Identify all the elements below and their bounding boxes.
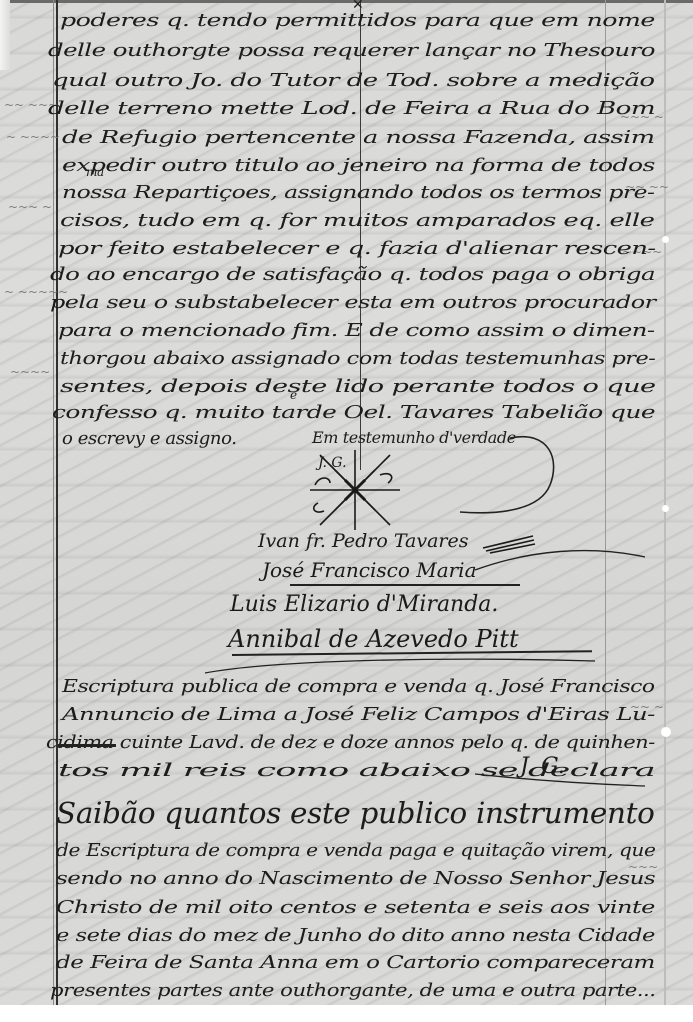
text-line: delle outhorgte possa requerer lançar no… (48, 40, 655, 61)
scan-bottom-margin (0, 1005, 693, 1022)
page-top-edge (0, 0, 693, 3)
deed-line: presentes partes ante outhorgante, de um… (50, 980, 656, 1001)
summary-line: Annuncio de Lima a José Feliz Campos d'E… (62, 704, 655, 725)
torn-corner (0, 0, 10, 70)
signature-paraph (478, 528, 538, 554)
text-line: confesso q. muito tarde Oel. Tavares Tab… (52, 402, 655, 423)
text-line: thorgou abaixo assignado com todas teste… (60, 348, 655, 369)
text-line: qual outro Jo. do Tutor de Tod. sobre a … (52, 70, 654, 91)
text-line: nossa Repartiçoes, assignando todos os t… (62, 182, 654, 203)
text-line: cisos, tudo em q. for muitos amparados e… (60, 210, 654, 231)
deed-heading-line: Saibão quantos este publico instrumento (56, 796, 655, 830)
summary-line: tos mil reis como abaixo se declara (58, 760, 655, 781)
deed-line: sendo no anno do Nascimento de Nosso Sen… (56, 868, 655, 889)
text-line: para o mencionado fim. E de como assim o… (58, 320, 655, 341)
summary-paraph: J. G. (520, 754, 565, 779)
signature: Annibal de Azevedo Pitt (228, 625, 519, 653)
interlinear-note: ma (86, 165, 104, 179)
summary-line: cidima cuinte Lavd. de dez e doze annos … (46, 732, 655, 753)
left-margin-rule-faint (53, 0, 54, 1005)
sign-initials: J. G. (318, 455, 347, 471)
signature-flourish (470, 545, 650, 575)
deed-line: de Escriptura de compra e venda paga e q… (56, 840, 655, 861)
closing-phrase: Em testemunho d'verdade (312, 428, 516, 447)
margin-bleed-note: ~ ~~~~ (6, 130, 60, 144)
deed-line: de Feira de Santa Anna em o Cartorio com… (56, 952, 655, 973)
strikethrough-mark (58, 744, 116, 747)
margin-bleed-note: ~~~ ~ (8, 200, 52, 214)
signature: José Francisco Maria (262, 558, 477, 582)
signature: Luis Elizario d'Miranda. (230, 592, 498, 617)
deed-line: Christo de mil oito centos e setenta e s… (56, 897, 655, 918)
deed-line: e sete dias do mez de Junho do dito anno… (56, 925, 655, 946)
text-line: sentes, depois deste lido perante todos … (60, 376, 656, 397)
text-line: de Refugio pertencente a nossa Fazenda, … (62, 127, 655, 148)
signature: Ivan fr. Pedro Tavares (258, 530, 469, 552)
text-line: pela seu o substabelecer esta em outros … (50, 292, 655, 313)
separator-flourish (200, 655, 600, 677)
notary-star-sign-icon (300, 445, 410, 535)
binding-hole (661, 727, 671, 737)
binding-hole (662, 505, 669, 512)
text-line: poderes q. tendo permittidos para que em… (60, 10, 655, 31)
binding-hole (662, 236, 669, 243)
text-line: do ao encargo de satisfação q. todos pag… (50, 264, 655, 285)
text-line: o escrevy e assigno. (62, 428, 237, 449)
summary-line: Escriptura publica de compra e venda q. … (62, 676, 655, 697)
text-line: delle terreno mette Lod. de Feira a Rua … (48, 98, 655, 119)
margin-bleed-note: ~~~~ (10, 365, 50, 379)
right-page-edge (664, 0, 666, 1005)
text-line: por feito estabelecer e q. fazia d'alien… (58, 238, 656, 259)
signature-underline (290, 584, 520, 586)
interlinear-note: e (290, 388, 297, 402)
manuscript-page: ✕ ~~ ~~~ ~ ~~~~ ~~~ ~ ~ ~~~~~ ~~~~ ~~~ ~… (0, 0, 693, 1022)
text-line: expedir outro titulo ao jeneiro na forma… (62, 155, 655, 176)
